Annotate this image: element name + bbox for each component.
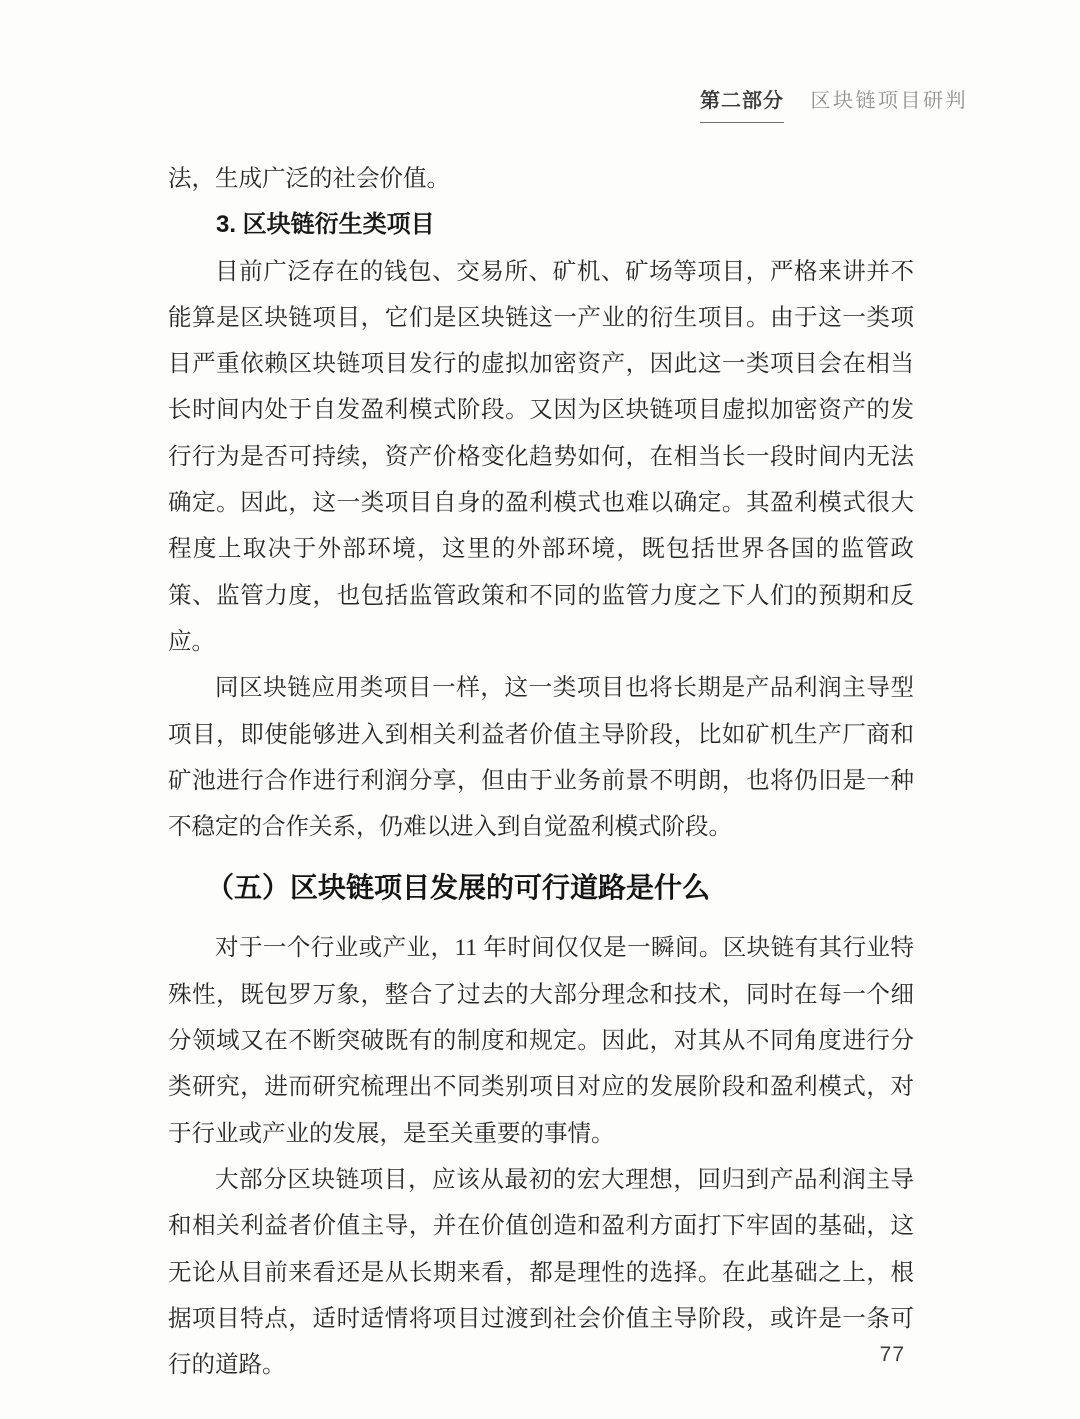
paragraph-derivative-projects-1: 目前广泛存在的钱包、交易所、矿机、矿场等项目，严格来讲并不能算是区块链项目，它们… [168, 249, 914, 666]
page-header: 第二部分 区块链项目研判 [700, 84, 968, 123]
header-section-label: 第二部分 [700, 84, 784, 123]
paragraph-continuation: 法，生成广泛的社会价值。 [168, 156, 914, 202]
page-content: 法，生成广泛的社会价值。 3. 区块链衍生类项目 目前广泛存在的钱包、交易所、矿… [168, 156, 914, 1388]
header-section-title: 区块链项目研判 [810, 84, 968, 113]
section-heading: （五）区块链项目发展的可行道路是什么 [168, 863, 914, 913]
paragraph-feasible-path-2: 大部分区块链项目，应该从最初的宏大理想，回归到产品利润主导和相关利益者价值主导，… [168, 1157, 914, 1388]
page-number: 77 [880, 1343, 905, 1367]
paragraph-derivative-projects-2: 同区块链应用类项目一样，这一类项目也将长期是产品利润主导型项目，即使能够进入到相… [168, 665, 914, 850]
paragraph-feasible-path-1: 对于一个行业或产业，11 年时间仅仅是一瞬间。区块链有其行业特殊性，既包罗万象，… [168, 925, 914, 1156]
document-page: 第二部分 区块链项目研判 法，生成广泛的社会价值。 3. 区块链衍生类项目 目前… [0, 0, 1080, 1419]
subsection-heading: 3. 区块链衍生类项目 [168, 202, 914, 248]
